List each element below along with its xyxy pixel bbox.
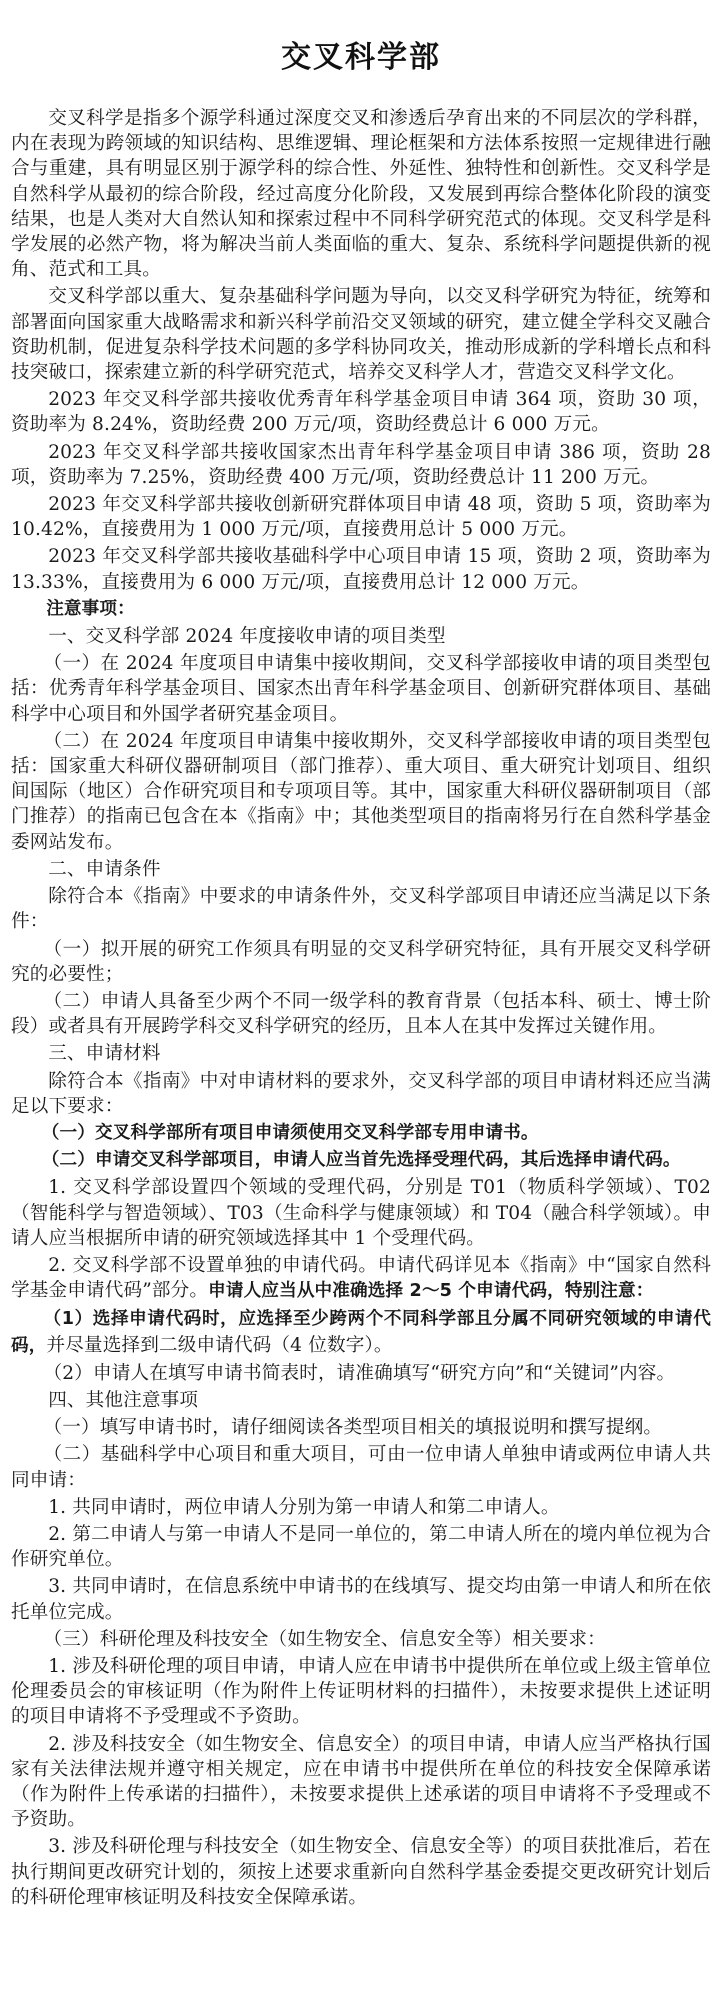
section-3-sub-2: （2）申请人在填写申请书简表时，请准确填写“研究方向”和“关键词”内容。 [11, 1361, 711, 1386]
section-4-heading: 四、其他注意事项 [11, 1388, 711, 1413]
section-4-item-3-point-3: 3. 涉及科研伦理与科技安全（如生物安全、信息安全等）的项目获批准后，若在执行期… [11, 1834, 711, 1910]
stats-paragraph-innovation-group: 2023 年交叉科学部共接收创新研究群体项目申请 48 项，资助 5 项，资助率… [11, 492, 711, 542]
stats-paragraph-excellent-young: 2023 年交叉科学部共接收优秀青年科学基金项目申请 364 项，资助 30 项… [11, 387, 711, 437]
section-1-item-2: （二）在 2024 年度项目申请集中接收期外，交叉科学部接收申请的项目类型包括：… [11, 729, 711, 855]
section-3-sub-1: （1）选择申请代码时，应选择至少跨两个不同科学部且分属不同研究领域的申请代码，并… [11, 1306, 711, 1358]
section-3-point-2: 2. 交叉科学部不设置单独的申请代码。申请代码详见本《指南》中“国家自然科学基金… [11, 1253, 711, 1304]
intro-paragraph: 交叉科学是指多个源学科通过深度交叉和渗透后孕育出来的不同层次的学科群，内在表现为… [11, 106, 711, 282]
section-3-intro: 除符合本《指南》中对申请材料的要求外，交叉科学部的项目申请材料还应当满足以下要求… [11, 1069, 711, 1119]
section-3-bold-item-2: （二）申请交叉科学部项目，申请人应当首先选择受理代码，其后选择申请代码。 [11, 1148, 711, 1173]
section-2-item-1: （一）拟开展的研究工作须具有明显的交叉科学研究特征，具有开展交叉科学研究的必要性… [11, 937, 711, 987]
section-4-item-2-point-2: 2. 第二申请人与第一申请人不是同一单位的，第二申请人所在的境内单位视为合作研究… [11, 1522, 711, 1572]
stats-paragraph-basic-science-center: 2023 年交叉科学部共接收基础科学中心项目申请 15 项，资助 2 项，资助率… [11, 544, 711, 594]
section-4-item-3-point-2: 2. 涉及科技安全（如生物安全、信息安全）的项目申请，申请人应当严格执行国家有关… [11, 1732, 711, 1833]
mission-paragraph: 交叉科学部以重大、复杂基础科学问题为导向，以交叉科学研究为特征，统筹和部署面向国… [11, 284, 711, 385]
section-2-intro: 除符合本《指南》中要求的申请条件外，交叉科学部项目申请还应当满足以下条件： [11, 884, 711, 934]
section-4-item-2-point-1: 1. 共同申请时，两位申请人分别为第一申请人和第二申请人。 [11, 1495, 711, 1520]
section-4-item-2: （二）基础科学中心项目和重大项目，可由一位申请人单独申请或两位申请人共同申请： [11, 1442, 711, 1492]
section-2-item-2: （二）申请人具备至少两个不同一级学科的教育背景（包括本科、硕士、博士阶段）或者具… [11, 989, 711, 1039]
section-3-bold-item-1: （一）交叉科学部所有项目申请须使用交叉科学部专用申请书。 [11, 1121, 711, 1146]
stats-paragraph-distinguished-young: 2023 年交叉科学部共接收国家杰出青年科学基金项目申请 386 项，资助 28… [11, 440, 711, 490]
document-page: 交叉科学部 交叉科学是指多个源学科通过深度交叉和渗透后孕育出来的不同层次的学科群… [0, 0, 720, 1910]
section-3-heading: 三、申请材料 [11, 1041, 711, 1066]
notes-heading: 注意事项： [11, 597, 711, 622]
section-4-item-3: （三）科研伦理及科技安全（如生物安全、信息安全等）相关要求： [11, 1627, 711, 1652]
document-body: 交叉科学是指多个源学科通过深度交叉和渗透后孕育出来的不同层次的学科群，内在表现为… [11, 106, 711, 1910]
section-4-item-1: （一）填写申请书时，请仔细阅读各类型项目相关的填报说明和撰写提纲。 [11, 1415, 711, 1440]
section-4-item-3-point-1: 1. 涉及科研伦理的项目申请，申请人应在申请书中提供所在单位或上级主管单位伦理委… [11, 1654, 711, 1730]
section-4-item-2-point-3: 3. 共同申请时，在信息系统中申请书的在线填写、提交均由第一申请人和所在依托单位… [11, 1574, 711, 1624]
section-3-point-1: 1. 交叉科学部设置四个领域的受理代码，分别是 T01（物质科学领域）、T02（… [11, 1175, 711, 1251]
section-3-sub-1-text: 并尽量选择到二级申请代码（4 位数字）。 [47, 1335, 393, 1356]
section-2-heading: 二、申请条件 [11, 857, 711, 882]
section-1-heading: 一、交叉科学部 2024 年度接收申请的项目类型 [11, 624, 711, 649]
page-title: 交叉科学部 [11, 0, 711, 94]
section-3-point-2-emphasis: 申请人应当从中准确选择 2～5 个申请代码，特别注意： [208, 1281, 653, 1301]
section-1-item-1: （一）在 2024 年度项目申请集中接收期间，交叉科学部接收申请的项目类型包括：… [11, 651, 711, 727]
